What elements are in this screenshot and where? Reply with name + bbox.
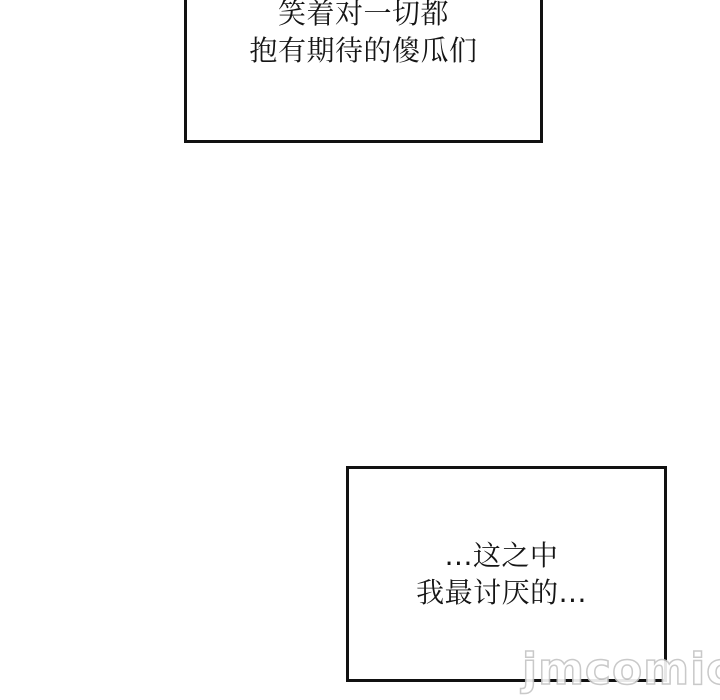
caption-line: ...这之中 xyxy=(339,537,664,574)
caption-line: 抱有期待的傻瓜们 xyxy=(187,32,540,69)
caption-text-top: 笑着对一切都 抱有期待的傻瓜们 xyxy=(187,0,540,69)
caption-line: 笑着对一切都 xyxy=(187,0,540,32)
watermark-logo: jmcomic xyxy=(522,644,720,695)
caption-text-bottom: ...这之中 我最讨厌的... xyxy=(339,537,664,611)
caption-line: 我最讨厌的... xyxy=(339,574,664,611)
caption-box-top: 笑着对一切都 抱有期待的傻瓜们 xyxy=(184,0,543,143)
